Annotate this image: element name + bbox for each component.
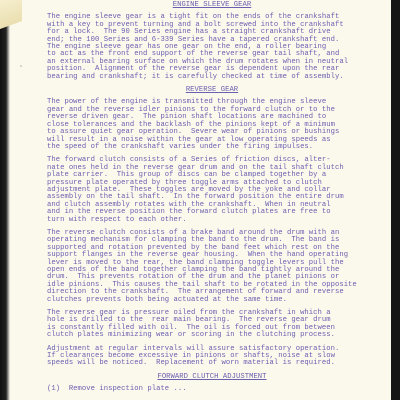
document-body: ENGINE SLEEVE GEAR The engine sleeve gea… — [47, 2, 357, 400]
paragraph-engine-sleeve-gear: The engine sleeve gear is a tight fit on… — [47, 14, 357, 81]
text-line: clutch plates minimizing wear or scoring… — [47, 332, 357, 339]
section-heading-forward-clutch-adjustment: FORWARD CLUTCH ADJUSTMENT — [47, 374, 357, 381]
paragraph-adjustment: Adjustment at regular intervals will ass… — [47, 346, 357, 368]
section-heading-engine-sleeve-gear: ENGINE SLEEVE GEAR — [47, 2, 357, 9]
text-line: turn with respect to each other. — [47, 217, 357, 224]
text-line: speeds will be noticed. Replacement of w… — [47, 360, 357, 367]
scanned-page-view: ENGINE SLEEVE GEAR The engine sleeve gea… — [0, 0, 400, 400]
paragraph-forward-clutch: The forward clutch consists of a Series … — [47, 157, 357, 224]
paper-speck — [20, 65, 22, 67]
text-line: the speed of the crankshaft varies under… — [47, 144, 357, 151]
paragraph-reverse-clutch: The reverse clutch consists of a brake b… — [47, 230, 357, 304]
paragraph-forward-clutch-adjustment: (1) Remove inspection plate ... — [47, 386, 357, 393]
text-line: clutches prevents both being actuated at… — [47, 297, 357, 304]
text-line: bearing and crankshaft; it is carefully … — [47, 74, 357, 81]
scanner-background-edge — [391, 0, 400, 400]
paragraph-lubrication: The reverse gear is pressure oiled from … — [47, 310, 357, 340]
text-line: (1) Remove inspection plate ... — [47, 386, 357, 393]
paragraph-power-transmission: The power of the engine is transmitted t… — [47, 99, 357, 151]
binding-shadow — [0, 0, 10, 400]
section-heading-reverse-gear: REVERSE GEAR — [47, 87, 357, 94]
folded-corner — [0, 0, 22, 40]
